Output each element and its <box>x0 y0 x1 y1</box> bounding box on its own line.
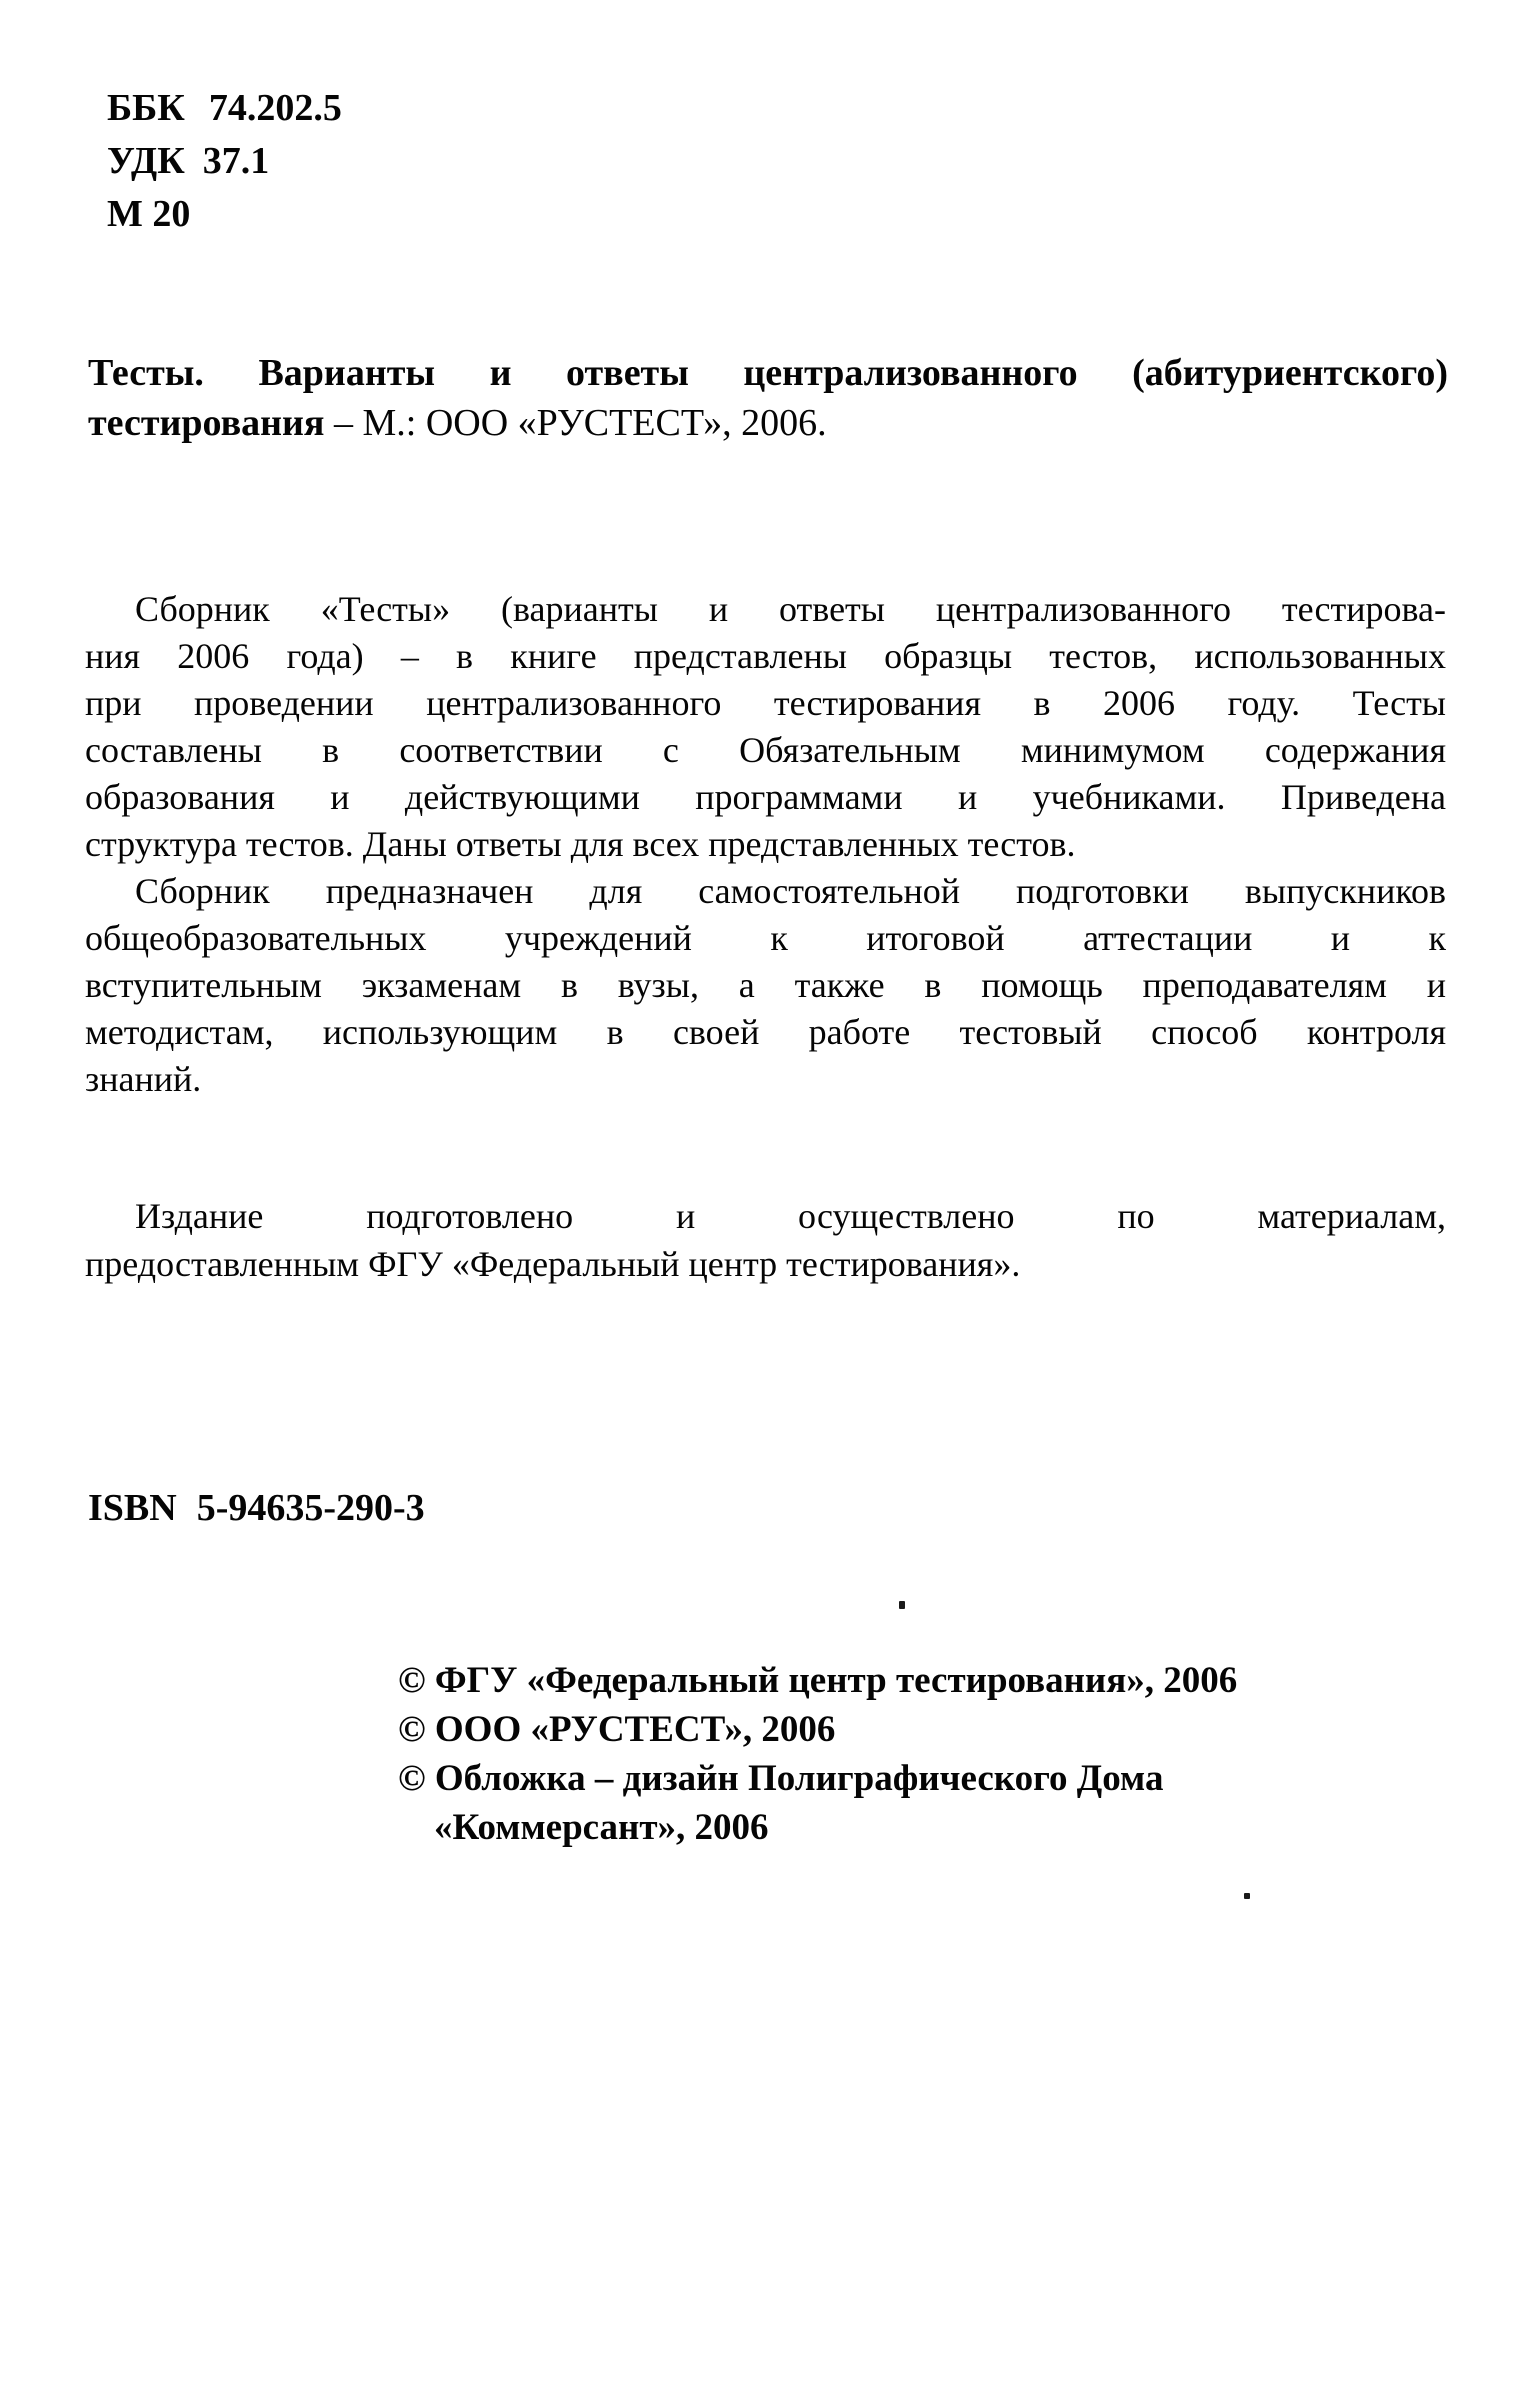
edition-note-line: предоставленным ФГУ «Федеральный центр т… <box>85 1240 1446 1288</box>
title-line-2: тестирования – М.: ООО «РУСТЕСТ», 2006. <box>88 398 1448 448</box>
title-line-2-bold: тестирования <box>88 402 324 444</box>
bbk-value: 74.202.5 <box>209 87 342 129</box>
author-sign-code: М 20 <box>107 188 342 241</box>
catalog-codes-block: ББК74.202.5 УДК37.1 М 20 <box>107 82 342 241</box>
annotation-line: общеобразовательных учреждений к итогово… <box>85 915 1446 962</box>
udk-label: УДК <box>107 140 185 182</box>
udk-line: УДК37.1 <box>107 135 342 188</box>
annotation-block: Сборник «Тесты» (варианты и ответы центр… <box>85 586 1446 1103</box>
bbk-line: ББК74.202.5 <box>107 82 342 135</box>
copyright-line: © Обложка – дизайн Полиграфического Дома <box>398 1754 1298 1803</box>
bbk-label: ББК <box>107 87 185 129</box>
edition-note-line: Издание подготовлено и осуществлено по м… <box>85 1192 1446 1240</box>
annotation-line: ния 2006 года) – в книге представлены об… <box>85 633 1446 680</box>
annotation-line: вступительным экзаменам в вузы, а также … <box>85 962 1446 1009</box>
scan-speck <box>899 1601 905 1609</box>
copyright-line: «Коммерсант», 2006 <box>398 1803 1298 1852</box>
scan-speck <box>1244 1893 1250 1899</box>
annotation-line: Сборник предназначен для самостоятельной… <box>85 868 1446 915</box>
edition-note-block: Издание подготовлено и осуществлено по м… <box>85 1192 1446 1288</box>
annotation-line: структура тестов. Даны ответы для всех п… <box>85 821 1446 868</box>
annotation-line: знаний. <box>85 1056 1446 1103</box>
copyright-line: © ФГУ «Федеральный центр тестирования», … <box>398 1656 1298 1705</box>
book-imprint-page: ББК74.202.5 УДК37.1 М 20 Тесты. Варианты… <box>0 0 1540 2393</box>
annotation-line: Сборник «Тесты» (варианты и ответы центр… <box>85 586 1446 633</box>
isbn-line: ISBN5-94635-290-3 <box>88 1486 425 1530</box>
annotation-line: методистам, использующим в своей работе … <box>85 1009 1446 1056</box>
udk-value: 37.1 <box>203 140 270 182</box>
bibliographic-title: Тесты. Варианты и ответы централизованно… <box>88 348 1448 448</box>
isbn-value: 5-94635-290-3 <box>197 1487 425 1529</box>
title-line-1: Тесты. Варианты и ответы централизованно… <box>88 348 1448 398</box>
copyright-line: © ООО «РУСТЕСТ», 2006 <box>398 1705 1298 1754</box>
copyright-block: © ФГУ «Федеральный центр тестирования», … <box>398 1656 1298 1852</box>
isbn-label: ISBN <box>88 1487 177 1529</box>
annotation-line: образования и действующими программами и… <box>85 774 1446 821</box>
annotation-line: составлены в соответствии с Обязательным… <box>85 727 1446 774</box>
title-line-2-imprint: – М.: ООО «РУСТЕСТ», 2006. <box>324 402 826 444</box>
annotation-line: при проведении централизованного тестиро… <box>85 680 1446 727</box>
